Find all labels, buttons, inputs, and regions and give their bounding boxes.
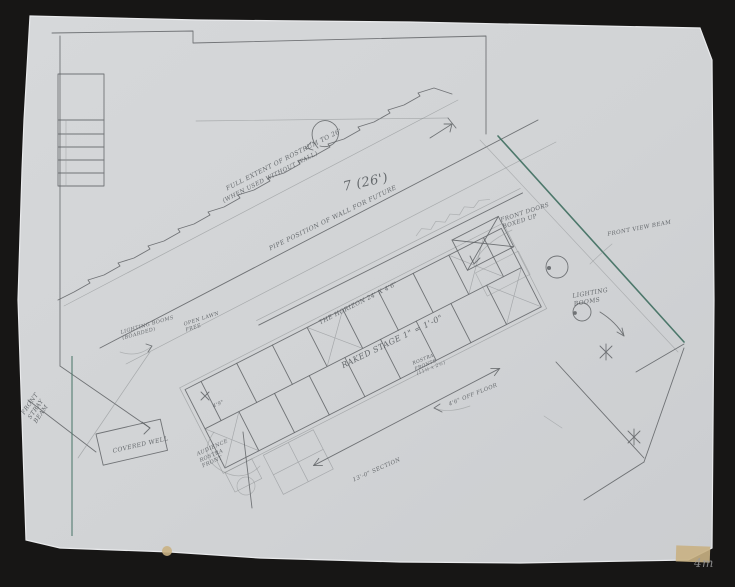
photographed-drawing: FULL EXTENT OF ROSTRUM TO 26'(WHEN USED … — [0, 0, 735, 587]
drawing-svg — [0, 0, 735, 587]
tracing-paper-sheet — [18, 16, 714, 563]
